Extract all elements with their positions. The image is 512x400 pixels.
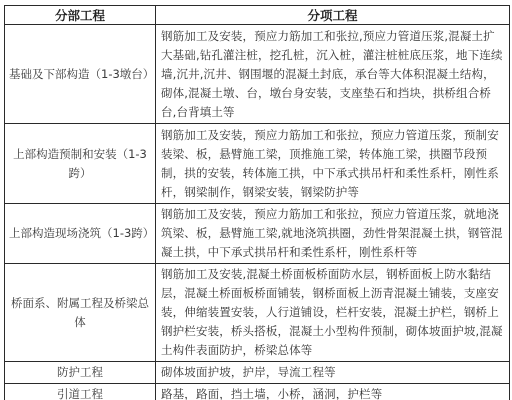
row-items: 路基，路面，挡土墙，小桥，涵洞，护栏等	[156, 384, 510, 400]
row-items: 钢筋加工及安装，预应力筋加工和张拉，预应力管道压浆，预制安装梁、板，悬臂施工梁，…	[156, 124, 510, 204]
row-category: 引道工程	[5, 384, 156, 400]
row-category: 基础及下部构造（1-3墩台）	[5, 25, 156, 124]
row-items: 钢筋加工及安装，预应力筋加工和张拉，预应力管道压浆，就地浇筑梁、板，悬臂施工梁,…	[156, 204, 510, 264]
engineering-division-table: 分部工程 分项工程 基础及下部构造（1-3墩台） 钢筋加工及安装，预应力筋加工和…	[4, 5, 510, 400]
table-row: 引道工程 路基，路面，挡土墙，小桥，涵洞，护栏等	[5, 384, 510, 400]
table-row: 上部构造预制和安装（1-3跨） 钢筋加工及安装，预应力筋加工和张拉，预应力管道压…	[5, 124, 510, 204]
table-row: 桥面系、附属工程及桥梁总体 钢筋加工及安装,混凝土桥面板桥面防水层，钢桥面板上防…	[5, 264, 510, 362]
row-category: 上部构造预制和安装（1-3跨）	[5, 124, 156, 204]
row-category: 桥面系、附属工程及桥梁总体	[5, 264, 156, 362]
table-row: 防护工程 砌体坡面护坡，护岸，导流工程等	[5, 362, 510, 384]
table-row: 上部构造现场浇筑（1-3跨） 钢筋加工及安装，预应力筋加工和张拉，预应力管道压浆…	[5, 204, 510, 264]
table-header-row: 分部工程 分项工程	[5, 6, 510, 25]
table-row: 基础及下部构造（1-3墩台） 钢筋加工及安装，预应力筋加工和张拉,预应力管道压浆…	[5, 25, 510, 124]
row-items: 钢筋加工及安装，预应力筋加工和张拉,预应力管道压浆,混凝土扩大基础,钻孔灌注桩，…	[156, 25, 510, 124]
row-category: 防护工程	[5, 362, 156, 384]
row-items: 砌体坡面护坡，护岸，导流工程等	[156, 362, 510, 384]
header-division: 分部工程	[5, 6, 156, 25]
header-subitem: 分项工程	[156, 6, 510, 25]
row-category: 上部构造现场浇筑（1-3跨）	[5, 204, 156, 264]
row-items: 钢筋加工及安装,混凝土桥面板桥面防水层，钢桥面板上防水黏结层，混凝土桥面板桥面铺…	[156, 264, 510, 362]
